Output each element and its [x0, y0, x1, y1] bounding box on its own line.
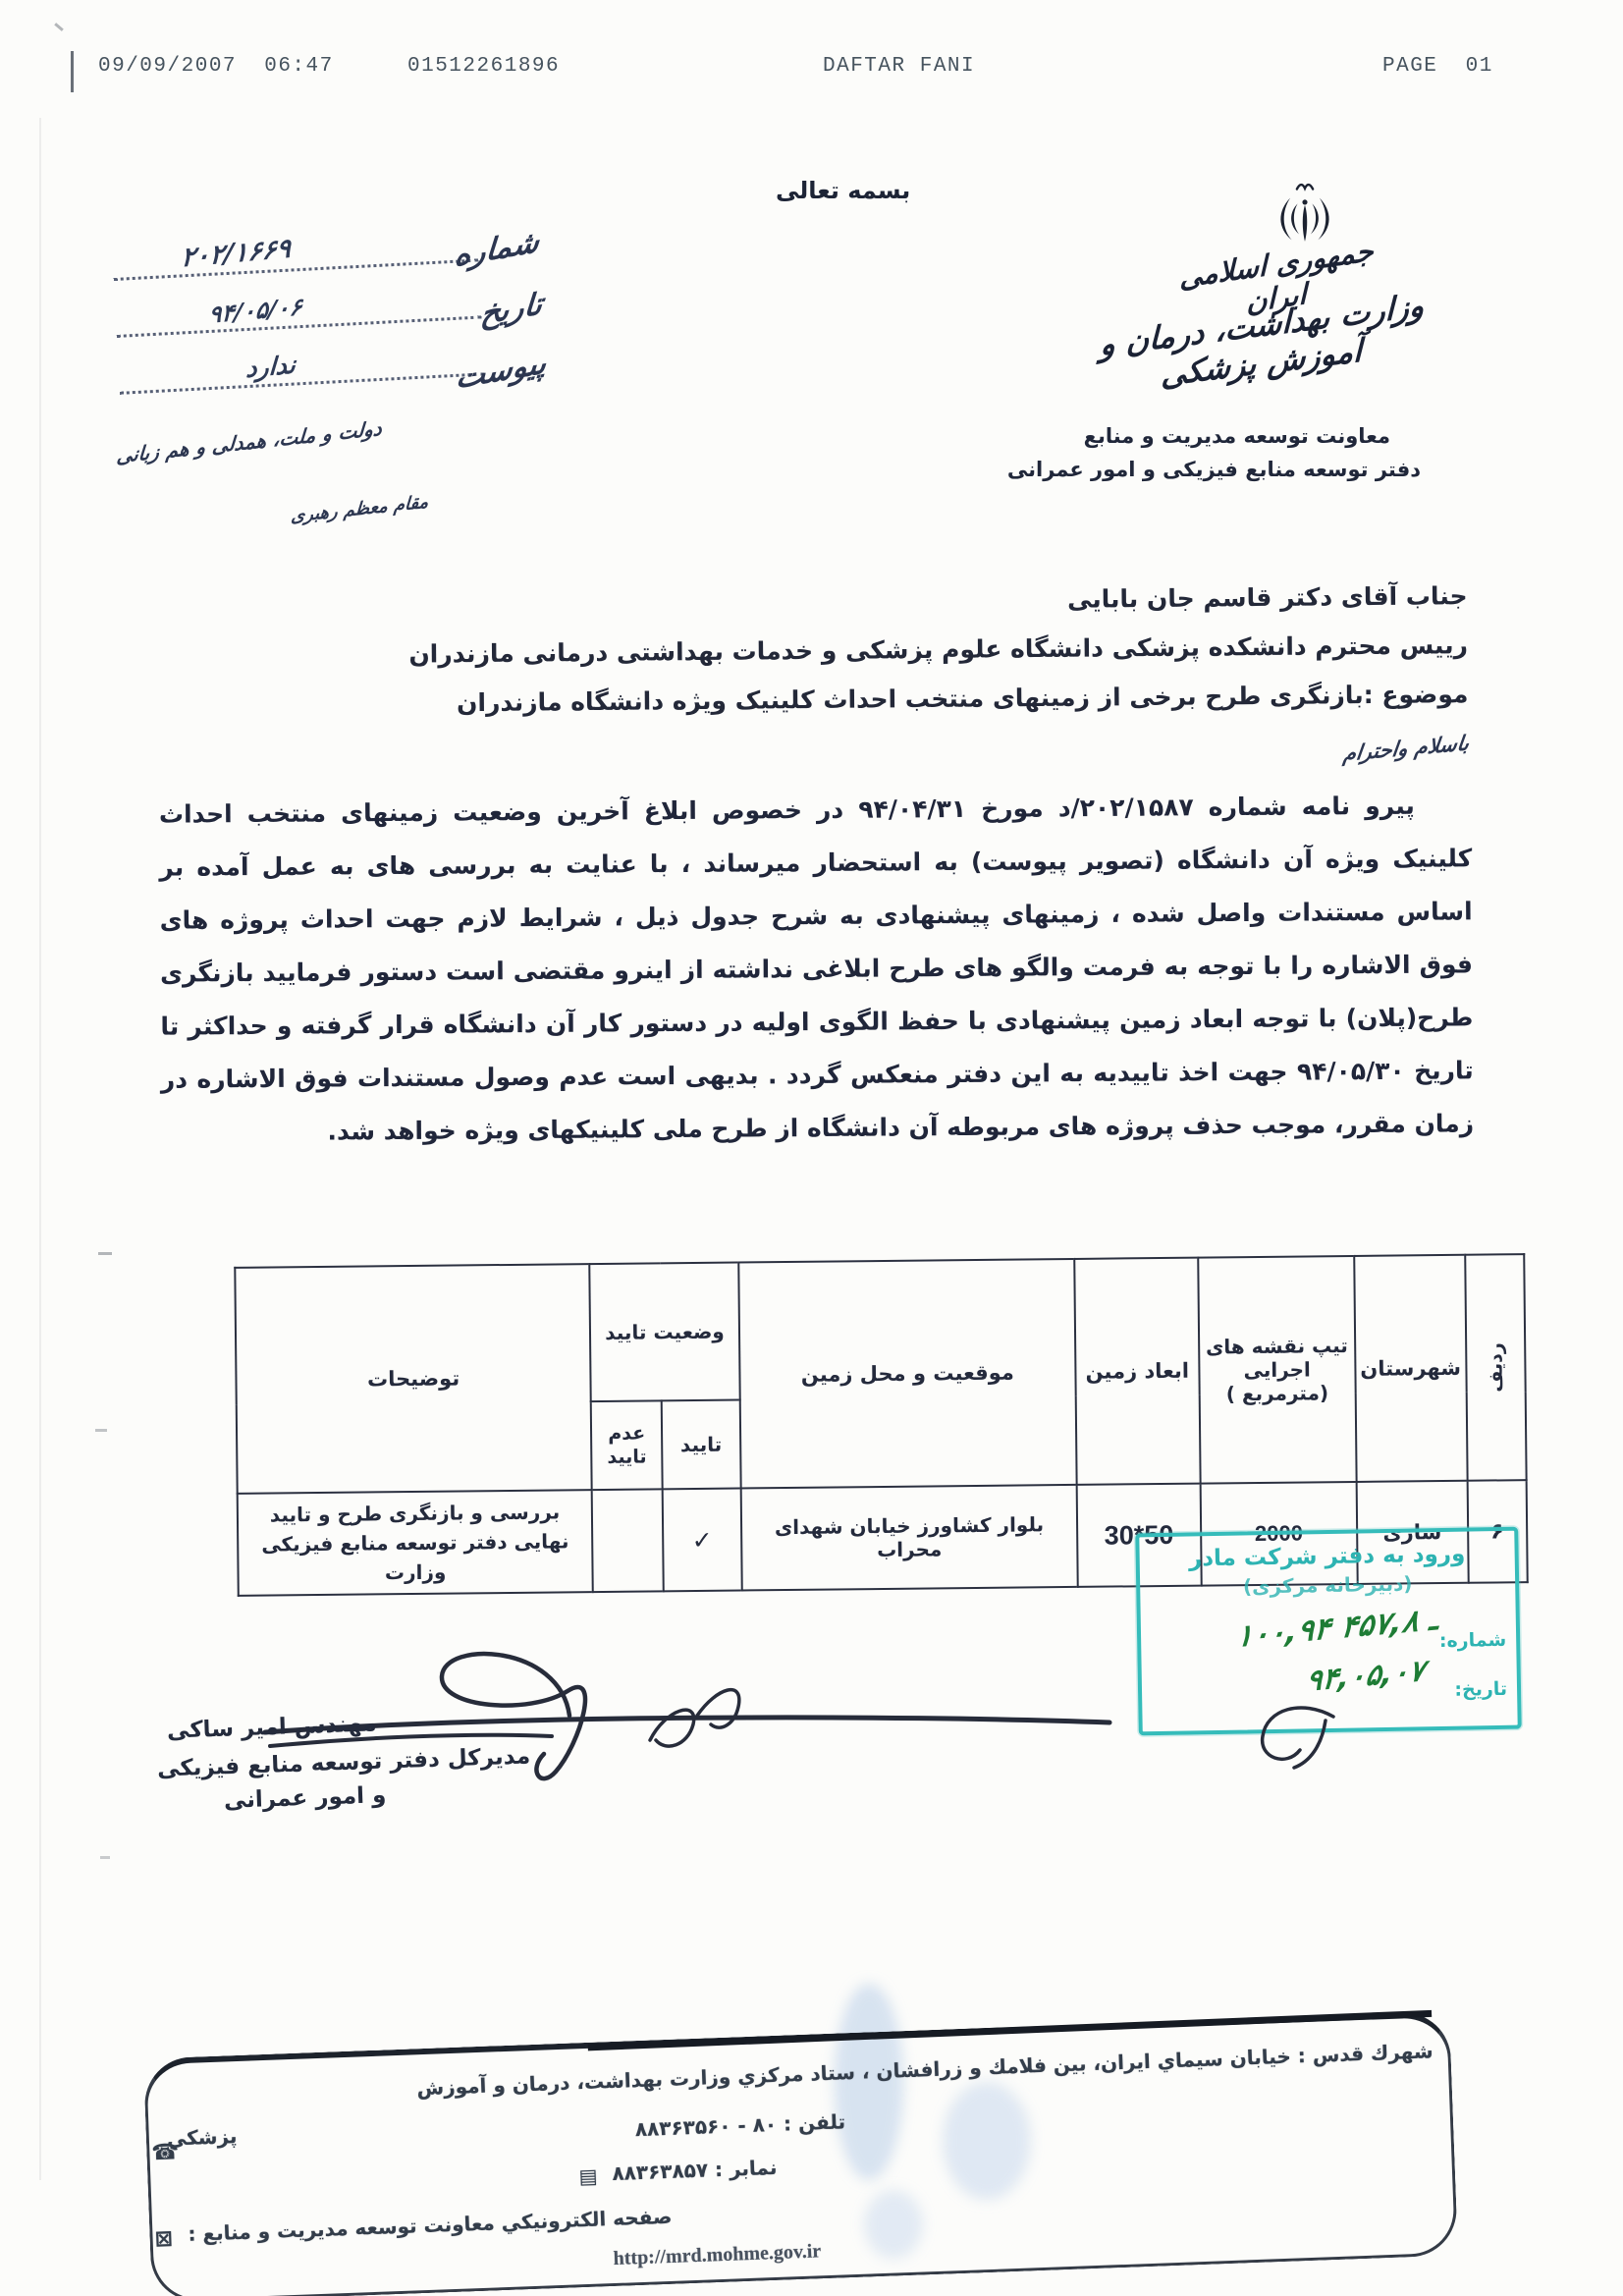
bismillah-text: بسمه تعالی — [776, 177, 910, 204]
reference-attachment-row: پیوست ندارد — [118, 332, 485, 394]
signature-initial-scribble — [1239, 1695, 1357, 1787]
mail-icon: ⊠ — [154, 2226, 173, 2252]
reference-date-label: تاریخ — [479, 286, 543, 332]
letter-body-paragraph: پیرو نامه شماره ۲۰۲/۱۵۸۷/د مورخ ۹۴/۰۴/۳۱… — [159, 779, 1475, 1159]
letterhead-office: دفتر توسعه منابع فیزیکی و امور عمرانی — [1007, 458, 1421, 481]
stamp-number-label: شماره: — [1439, 1629, 1507, 1652]
footer-phone-value: ۸۰ - ۸۸۳۶۳۵۶۰ — [634, 2112, 777, 2141]
reference-date-value: ۹۴/۰۵/۰۶ — [208, 293, 302, 328]
footer-frame: شهرك قدس : خيابان سيماي ايران، بين فلامك… — [143, 2011, 1458, 2296]
fax-datetime: 09/09/2007 06:47 — [98, 55, 334, 78]
letterhead-deputy: معاونت توسعه مدیریت و منابع — [1084, 424, 1390, 448]
cell-not-approved — [592, 1489, 664, 1592]
subject-line: موضوع :بازنگری طرح برخی از زمینهای منتخب… — [157, 670, 1468, 731]
paper-edge-shadow — [39, 118, 41, 2180]
slogan-line1: دولت و ملت، همدلی و هم زبانی — [116, 416, 383, 468]
scan-artifact-dash — [98, 1252, 112, 1255]
footer-phone-line: تلفن : ۸۰ - ۸۸۳۶۳۵۶۰ — [634, 2109, 845, 2141]
reference-block: شماره ۲۰۲/۱۶۶۹ تاریخ ۹۴/۰۵/۰۶ پیوست ندار… — [112, 218, 494, 414]
footer-web-url: http://mrd.mohme.gov.ir — [613, 2240, 821, 2270]
col-header-row-number: ردیف — [1465, 1254, 1527, 1481]
col-header-approved: تایید — [662, 1400, 741, 1490]
stamp-subtitle: (دبیرخانه مرکزی) — [1140, 1570, 1515, 1601]
scanned-letter-page: 09/09/2007 06:47 01512261896 DAFTAR FANI… — [0, 0, 1623, 2296]
stamp-number-value: ۱۰۰,۹۴ ـ ۴۵۷,۸ — [1234, 1602, 1439, 1655]
col-header-notes: توضیحات — [235, 1264, 592, 1494]
recipient-block: جناب آقای دکتر قاسم جان بابایی رییس محتر… — [156, 572, 1468, 731]
scan-artifact-dash — [95, 1429, 107, 1432]
reference-number-value: ۲۰۲/۱۶۶۹ — [181, 234, 292, 274]
stamp-date-value: ۹۴,۰۵,۰۷ — [1304, 1654, 1426, 1698]
cell-location: بلوار کشاورز خیابان شهدای محراب — [740, 1485, 1077, 1591]
reference-attachment-value: ندارد — [245, 351, 297, 383]
footer-fax-line: نمابر : ۸۸۳۶۳۸۵۷ — [612, 2156, 778, 2185]
salutation-text: باسلام واحترام — [1342, 731, 1471, 766]
col-header-not-approved: عدم تایید — [591, 1400, 663, 1490]
fax-sender-name: DAFTAR FANI — [823, 55, 975, 78]
col-header-plan-type: تیپ نقشه های اجرایی (مترمربع ) — [1198, 1256, 1357, 1484]
cell-notes: بررسی و بازنگری طرح و تایید نهایی دفتر ت… — [238, 1490, 593, 1596]
dotted-leader — [120, 372, 485, 394]
footer-fax-value: ۸۸۳۶۳۸۵۷ — [612, 2158, 708, 2185]
fax-page-label: PAGE 01 — [1382, 55, 1493, 78]
col-header-dimensions: ابعاد زمین — [1074, 1258, 1200, 1485]
footer-fax-label: نمابر : — [715, 2156, 778, 2181]
scan-artifact-dash — [100, 1856, 110, 1859]
phone-icon: ☎ — [151, 2140, 179, 2165]
stamp-date-label: تاریخ: — [1454, 1678, 1507, 1701]
slogan-line2: مقام معظم رهبری — [291, 492, 429, 527]
cell-approved-checkmark: ✓ — [663, 1489, 742, 1592]
reference-number-label: شماره — [454, 224, 540, 274]
reference-number-row: شماره ۲۰۲/۱۶۶۹ — [112, 219, 479, 281]
reference-date-row: تاریخ ۹۴/۰۵/۰۶ — [115, 276, 482, 338]
fax-icon: ▤ — [578, 2164, 598, 2189]
footer-phone-label: تلفن : — [784, 2109, 846, 2135]
fax-number: 01512261896 — [407, 55, 560, 78]
scan-artifact-dash — [54, 23, 64, 31]
scan-artifact-tick — [71, 51, 74, 92]
footer-address-line1: شهرك قدس : خيابان سيماي ايران، بين فلامك… — [162, 2039, 1434, 2108]
col-header-approval-status: وضعیت تایید — [590, 1263, 740, 1402]
col-header-city: شهرستان — [1354, 1255, 1467, 1482]
stamp-title: ورود به دفتر شرکت مادر — [1139, 1541, 1514, 1573]
reference-attachment-label: پیوست — [455, 346, 547, 397]
col-header-location: موقعیت و محل زمین — [738, 1259, 1077, 1489]
footer-web-label: صفحه الكترونيكي معاونت توسعه مديريت و من… — [188, 2205, 673, 2246]
